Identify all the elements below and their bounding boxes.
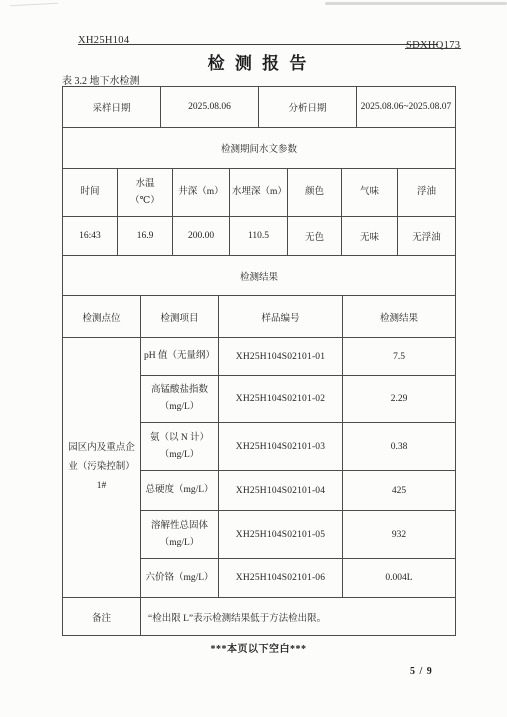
hydro-header-floating-oil: 浮油	[398, 169, 456, 217]
result-cell: 0.38	[343, 423, 456, 471]
table-row: 备注 “检出限 L”表示检测结果低于方法检出限。	[63, 598, 456, 636]
report-page: XH25H104 SDXHQ173 检 测 报 告 表 3.2 地下水检测 采样…	[0, 0, 507, 717]
item-line: （mg/L）	[143, 447, 216, 464]
sampling-date-label: 采样日期	[63, 87, 161, 128]
site-line: 业（污染控制）1#	[65, 458, 138, 496]
hydro-table: 时间 水温 （℃） 井深（m） 水埋深（m） 颜色 气味	[62, 168, 456, 256]
item-cell: 氨（以 N 计） （mg/L）	[141, 423, 219, 471]
header-line: 颜色	[290, 184, 339, 201]
hydro-section-title: 检测期间水文参数	[63, 128, 456, 169]
item-line: （mg/L）	[143, 399, 216, 416]
hydro-value-floating-oil: 无浮油	[398, 217, 456, 256]
results-header-sample-id: 样品编号	[219, 296, 343, 338]
table-caption: 表 3.2 地下水检测	[62, 72, 140, 87]
hydro-value-color: 无色	[288, 217, 342, 256]
header-line: 浮油	[400, 184, 453, 201]
page-title: 检 测 报 告	[62, 49, 455, 74]
results-header-site: 检测点位	[63, 296, 141, 338]
item-cell: 总硬度（mg/L）	[141, 471, 219, 511]
header-line: （℃）	[120, 193, 170, 210]
item-line: 六价铬（mg/L）	[143, 570, 216, 587]
hydro-header-odor: 气味	[342, 169, 398, 217]
hydro-header-water-temp: 水温 （℃）	[118, 169, 173, 217]
item-line: （mg/L）	[143, 535, 216, 552]
hydro-header-time: 时间	[63, 169, 118, 217]
scan-artifact-top-left	[10, 3, 58, 7]
results-header-item: 检测项目	[141, 296, 219, 338]
result-cell: 932	[343, 511, 456, 559]
sample-id-cell: XH25H104S02101-04	[219, 471, 343, 511]
hydro-value-well-depth: 200.00	[173, 217, 230, 256]
table-row: 时间 水温 （℃） 井深（m） 水埋深（m） 颜色 气味	[63, 169, 456, 217]
table-row: 采样日期 2025.08.06 分析日期 2025.08.06~2025.08.…	[63, 87, 456, 128]
header-code-left: XH25H104	[78, 35, 129, 46]
item-line: 溶解性总固体	[143, 518, 216, 535]
header-line: 时间	[65, 184, 115, 201]
item-cell: 溶解性总固体 （mg/L）	[141, 511, 219, 559]
sample-id-cell: XH25H104S02101-06	[219, 559, 343, 598]
item-line: 总硬度（mg/L）	[143, 482, 216, 499]
analysis-date-label: 分析日期	[259, 87, 357, 128]
header-right-rule: SDXHQ173	[405, 35, 461, 49]
footer-blank-note: ***本页以下空白***	[62, 640, 455, 655]
table-row: 16:43 16.9 200.00 110.5 无色 无味 无浮油	[63, 217, 456, 256]
result-cell: 425	[343, 471, 456, 511]
results-table: 检测结果 检测点位 检测项目 样品编号 检测结果 园区内及重点企 业（污染控制）…	[62, 255, 456, 636]
header-rule: XH25H104	[78, 30, 438, 45]
table-row: 检测点位 检测项目 样品编号 检测结果	[63, 296, 456, 338]
sampling-date-value: 2025.08.06	[161, 87, 259, 128]
header-line: 水温	[120, 176, 170, 193]
dates-table: 采样日期 2025.08.06 分析日期 2025.08.06~2025.08.…	[62, 86, 456, 169]
item-cell: 六价铬（mg/L）	[141, 559, 219, 598]
sample-id-cell: XH25H104S02101-01	[219, 338, 343, 376]
sample-id-cell: XH25H104S02101-02	[219, 376, 343, 423]
analysis-date-value: 2025.08.06~2025.08.07	[357, 87, 456, 128]
hydro-header-color: 颜色	[288, 169, 342, 217]
table-row: 园区内及重点企 业（污染控制）1# pH 值（无量纲） XH25H104S021…	[63, 338, 456, 376]
results-header-result: 检测结果	[343, 296, 456, 338]
header-line: 水埋深（m）	[232, 184, 285, 201]
result-cell: 0.004L	[343, 559, 456, 598]
hydro-header-buried-depth: 水埋深（m）	[230, 169, 288, 217]
item-line: pH 值（无量纲）	[143, 348, 216, 365]
result-cell: 7.5	[343, 338, 456, 376]
hydro-value-time: 16:43	[63, 217, 118, 256]
remark-text: “检出限 L”表示检测结果低于方法检出限。	[141, 598, 456, 636]
scan-artifact-top-streak	[325, 2, 507, 5]
sample-id-cell: XH25H104S02101-03	[219, 423, 343, 471]
item-cell: pH 值（无量纲）	[141, 338, 219, 376]
item-line: 高锰酸盐指数	[143, 382, 216, 399]
header-line: 气味	[344, 184, 395, 201]
site-cell: 园区内及重点企 业（污染控制）1#	[63, 338, 141, 598]
hydro-value-odor: 无味	[342, 217, 398, 256]
hydro-header-well-depth: 井深（m）	[173, 169, 230, 217]
table-row: 检测期间水文参数	[63, 128, 456, 169]
remark-label: 备注	[63, 598, 141, 636]
result-cell: 2.29	[343, 376, 456, 423]
item-line: 氨（以 N 计）	[143, 430, 216, 447]
table-row: 检测结果	[63, 256, 456, 296]
item-cell: 高锰酸盐指数 （mg/L）	[141, 376, 219, 423]
sample-id-cell: XH25H104S02101-05	[219, 511, 343, 559]
hydro-value-buried-depth: 110.5	[230, 217, 288, 256]
site-line: 园区内及重点企	[65, 439, 138, 458]
header-line: 井深（m）	[175, 184, 227, 201]
results-section-title: 检测结果	[63, 256, 456, 296]
report-table: 采样日期 2025.08.06 分析日期 2025.08.06~2025.08.…	[62, 86, 455, 636]
page-number: 5 / 9	[410, 666, 433, 677]
hydro-value-water-temp: 16.9	[118, 217, 173, 256]
